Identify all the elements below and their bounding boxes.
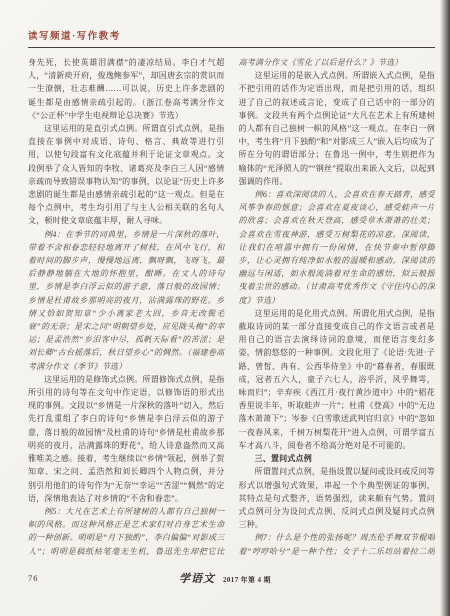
paragraph-example-5: 例5：大凡在艺术上有所建树的人都有自己独树一帜的风格。而这种风格正是艺术家们对自… bbox=[28, 505, 225, 559]
paragraph-analysis: 这里运用的是化用式点例。所谓化用式点例，是指截取诗词的某一部分直接变成自己的作文… bbox=[239, 307, 436, 452]
paragraph-analysis: 这里运用的是修饰式点例。所谓修饰式点例，是指所引用的诗句等在文句中作定语，以修饰… bbox=[28, 373, 225, 505]
page-footer: 76 学语文 2017 年第 4 期 bbox=[0, 568, 450, 584]
paragraph-analysis: 这里运用的是直引式点例。所谓直引式点例，是指直接在事例中对成语、诗句、格言、典故… bbox=[28, 122, 225, 228]
paragraph-example-7: 例7：什么是个性的张扬呢？周杰伦手舞双节棍唱着“哼哼哈兮”是一种个性；女子十二乐… bbox=[239, 531, 436, 559]
journal-logo: 学语文 bbox=[179, 573, 215, 585]
journal-imprint: 学语文 2017 年第 4 期 bbox=[0, 569, 450, 587]
paragraph-example-continuation: 高考满分作文《雪化了以后是什么？》节选） bbox=[239, 56, 436, 69]
section-label: 读写频道·写作教考 bbox=[28, 28, 435, 42]
paragraph-example-6: 例6：喜欢深阅读的人，会喜欢在春天踏青，感受风筝争春的惬意；会喜欢在夏夜谈心，感… bbox=[239, 188, 436, 307]
issue-info: 2017 年第 4 期 bbox=[223, 577, 271, 584]
scanned-journal-page: 读写频道·写作教考 身先死，长使英雄泪满襟”的凄凉结局。李白才气超人，“清新庾开… bbox=[0, 0, 450, 616]
paragraph-analysis: 这里运用的是嵌入式点例。所谓嵌入式点例，是指不把引用的话作为定语出现，而是把引用… bbox=[239, 69, 436, 188]
page-header: 读写频道·写作教考 bbox=[0, 0, 450, 48]
section-heading: 三、置问式点例 bbox=[239, 452, 436, 465]
paragraph-definition: 所谓置问式点例，是指设置以疑问或设问或反问等形式以增强句式效果，串起一个个典型例… bbox=[239, 465, 436, 531]
paragraph-continuation: 身先死，长使英雄泪满襟”的凄凉结局。李白才气超人，“清新庾开府，俊逸鲍参军”，却… bbox=[28, 56, 225, 122]
two-column-body: 身先死，长使英雄泪满襟”的凄凉结局。李白才气超人，“清新庾开府，俊逸鲍参军”，却… bbox=[0, 48, 450, 559]
left-column: 身先死，长使英雄泪满襟”的凄凉结局。李白才气超人，“清新庾开府，俊逸鲍参军”，却… bbox=[28, 56, 225, 559]
paragraph-example-4: 例4：在季节的词典里，乡情是一片深秋的落叶，带着不舍和眷恋轻轻地离开了树枝，在风… bbox=[28, 228, 225, 373]
right-column: 高考满分作文《雪化了以后是什么？》节选） 这里运用的是嵌入式点例。所谓嵌入式点例… bbox=[239, 56, 436, 559]
